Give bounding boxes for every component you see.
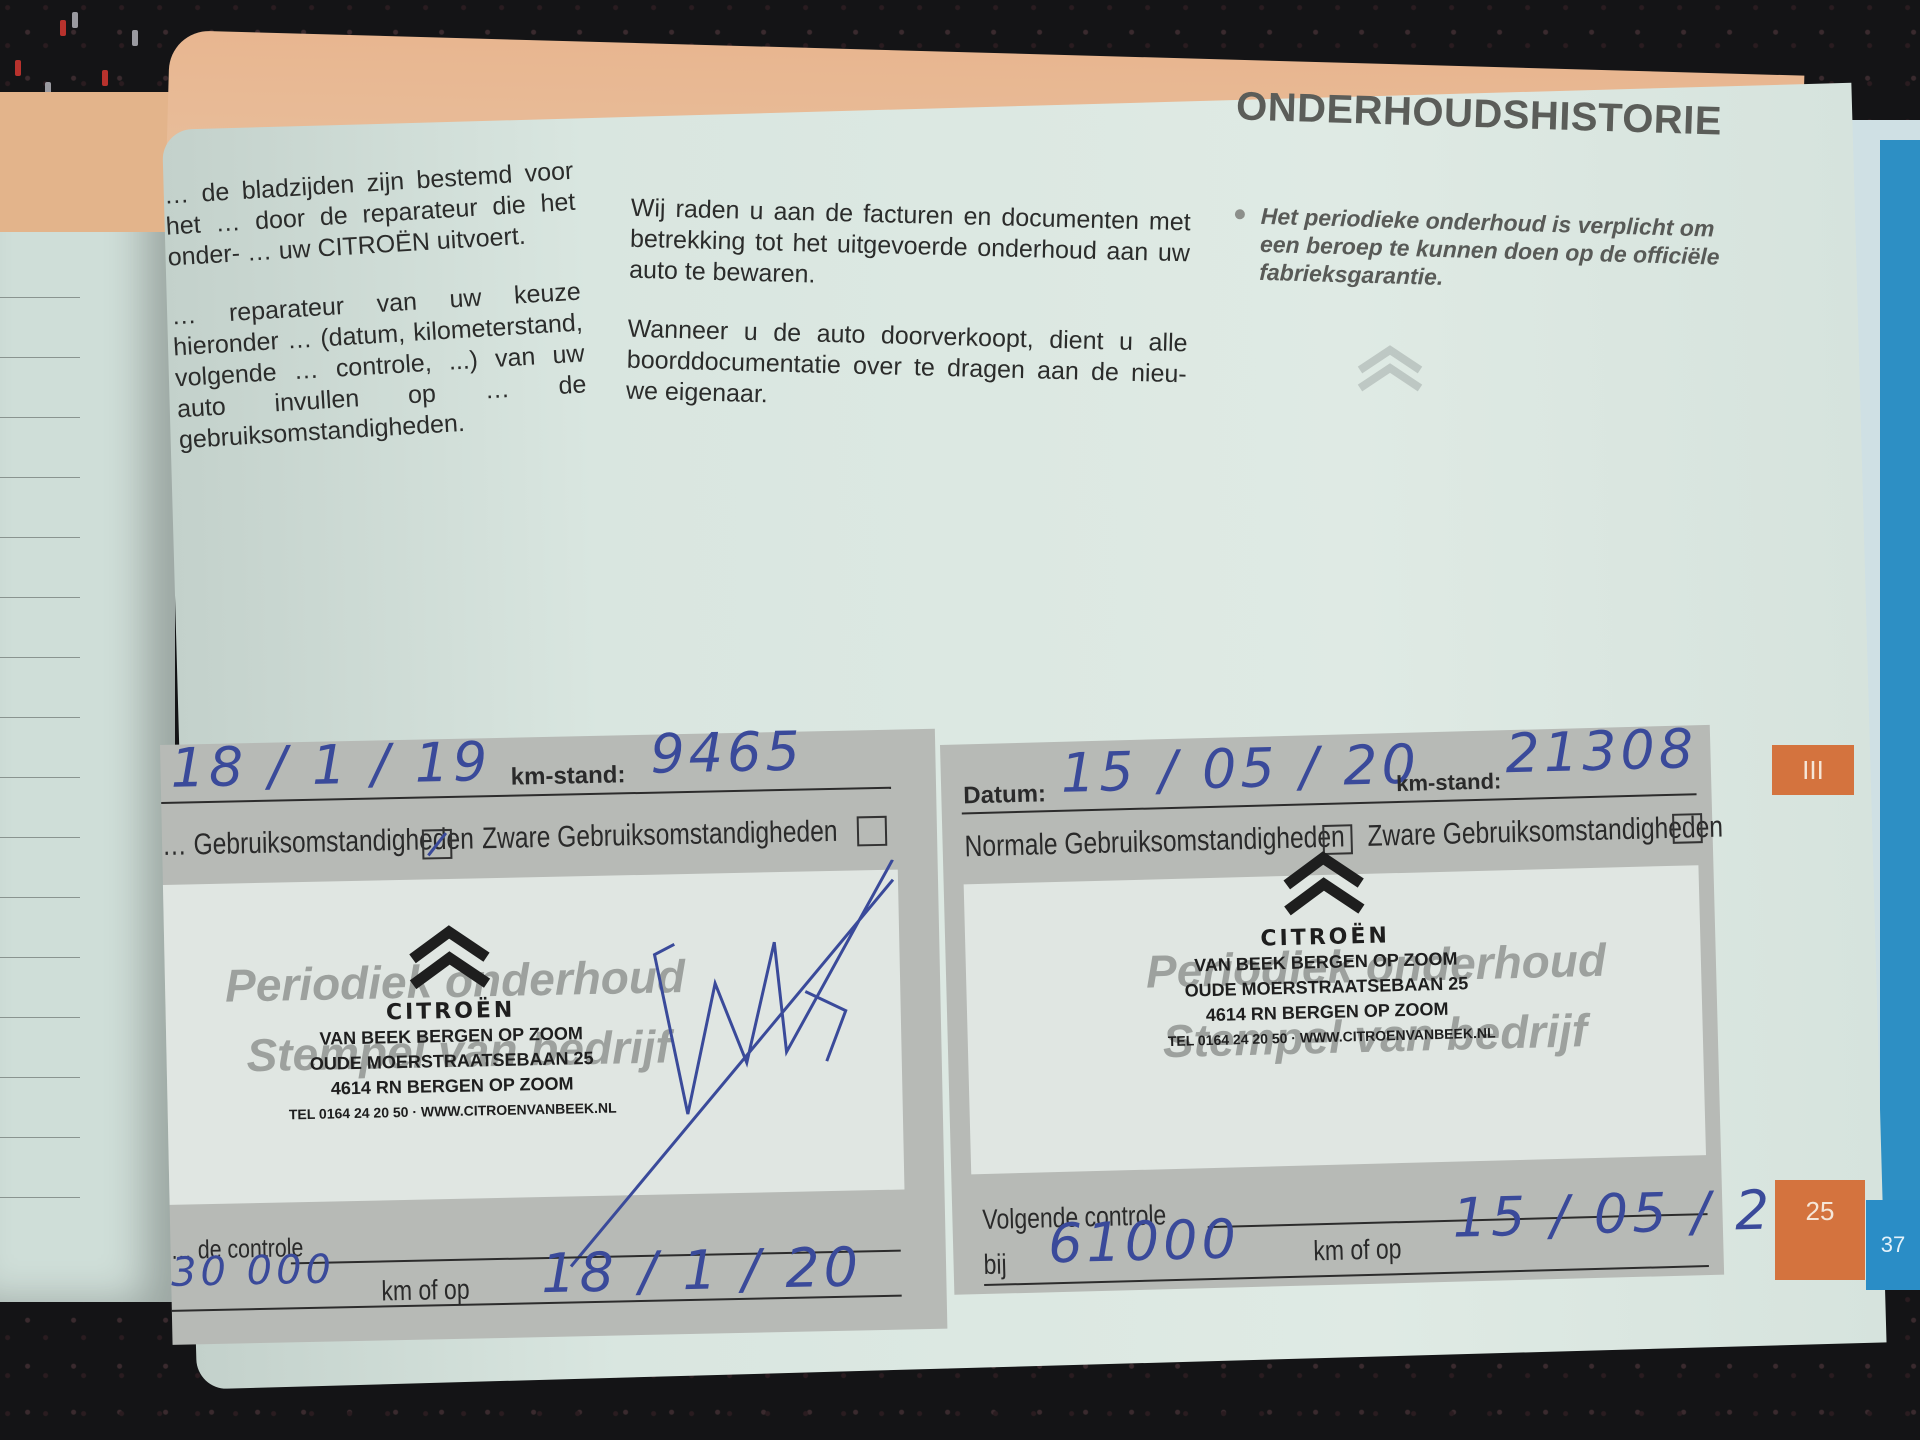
ruled-line <box>0 417 80 418</box>
fabric-dot <box>60 20 66 36</box>
maintenance-record-2: Datum: 15 / 05 / 20 km-stand: 21308 Norm… <box>940 725 1724 1295</box>
ruled-line <box>0 297 80 298</box>
km-stand-label: km-stand: <box>1396 768 1502 797</box>
km-stand-value[interactable]: 21308 <box>1505 717 1698 785</box>
ruled-line <box>0 657 80 658</box>
left-page <box>0 92 175 1302</box>
next-page-number-tab: 37 <box>1866 1200 1920 1290</box>
page-number-tab: 25 <box>1775 1180 1865 1280</box>
ruled-line <box>0 597 80 598</box>
fabric-dot <box>132 30 138 46</box>
warranty-note-text: Het periodieke onderhoud is verplicht om… <box>1259 202 1731 299</box>
normal-conditions-checkbox[interactable] <box>422 829 453 860</box>
ruled-line <box>0 1137 80 1138</box>
ruled-line <box>0 717 80 718</box>
km-stand-value[interactable]: 9465 <box>650 720 805 786</box>
fabric-dot <box>102 70 108 86</box>
ruled-line <box>0 837 80 838</box>
datum-value[interactable]: 18 / 1 / 19 <box>170 730 492 800</box>
bleed-through-stamp <box>1230 340 1550 405</box>
blue-page-strip <box>1880 140 1920 1290</box>
km-of-op-label: km of op <box>1313 1233 1402 1267</box>
ruled-line <box>0 777 80 778</box>
ruled-line <box>0 537 80 538</box>
ruled-line <box>0 1017 80 1018</box>
ruled-line <box>0 1197 80 1198</box>
ruled-line <box>0 1077 80 1078</box>
ruled-line <box>0 357 80 358</box>
km-of-op-label: km of op <box>381 1274 470 1308</box>
heavy-conditions-checkbox[interactable] <box>1672 813 1703 844</box>
dealer-stamp: CITROËN VAN BEEK BERGEN OP ZOOM OUDE MOE… <box>1163 846 1488 1054</box>
next-km-value[interactable]: 30 000 <box>171 1246 336 1295</box>
next-date-value[interactable]: 15 / 05 / 21 <box>1452 1177 1813 1249</box>
bij-label: bij <box>983 1248 1007 1281</box>
ruled-line <box>0 477 80 478</box>
fabric-dot <box>72 12 78 28</box>
datum-label: Datum: <box>963 780 1046 810</box>
intro-paragraph: … reparateur van uw keuze hieronder … (d… <box>170 277 589 457</box>
citroen-chevron-icon <box>1278 849 1370 921</box>
intro-paragraph: Wanneer u de auto doorverkoopt, dient u … <box>626 314 1188 422</box>
datum-value[interactable]: 15 / 05 / 20 <box>1060 732 1421 804</box>
heavy-conditions-checkbox[interactable] <box>857 816 888 847</box>
citroen-chevron-icon <box>404 923 495 995</box>
signature <box>543 859 912 1286</box>
heavy-conditions-label: Zware Gebruiksomstandigheden <box>482 815 838 856</box>
bullet-icon <box>1235 209 1245 219</box>
intro-paragraph: Wij raden u aan de facturen en documente… <box>629 193 1191 301</box>
left-page-header-band <box>0 92 175 232</box>
fabric-dot <box>15 60 21 76</box>
maintenance-record-1: 18 / 1 / 19 km-stand: 9465 … Gebruiksoms… <box>160 729 947 1345</box>
intro-column-2: Wij raden u aan de facturen en documente… <box>625 193 1191 450</box>
section-tab[interactable]: III <box>1772 745 1854 795</box>
next-km-value[interactable]: 61000 <box>1047 1207 1240 1275</box>
intro-column-1: … de bladzijden zijn bestemd voor het … … <box>163 156 591 484</box>
ruled-line <box>0 897 80 898</box>
km-stand-label: km-stand: <box>510 761 625 791</box>
ruled-line <box>0 957 80 958</box>
next-date-value[interactable]: 18 / 1 / 20 <box>540 1235 862 1305</box>
checkmark-icon <box>424 831 451 858</box>
warranty-note: Het periodieke onderhoud is verplicht om… <box>1229 201 1731 299</box>
